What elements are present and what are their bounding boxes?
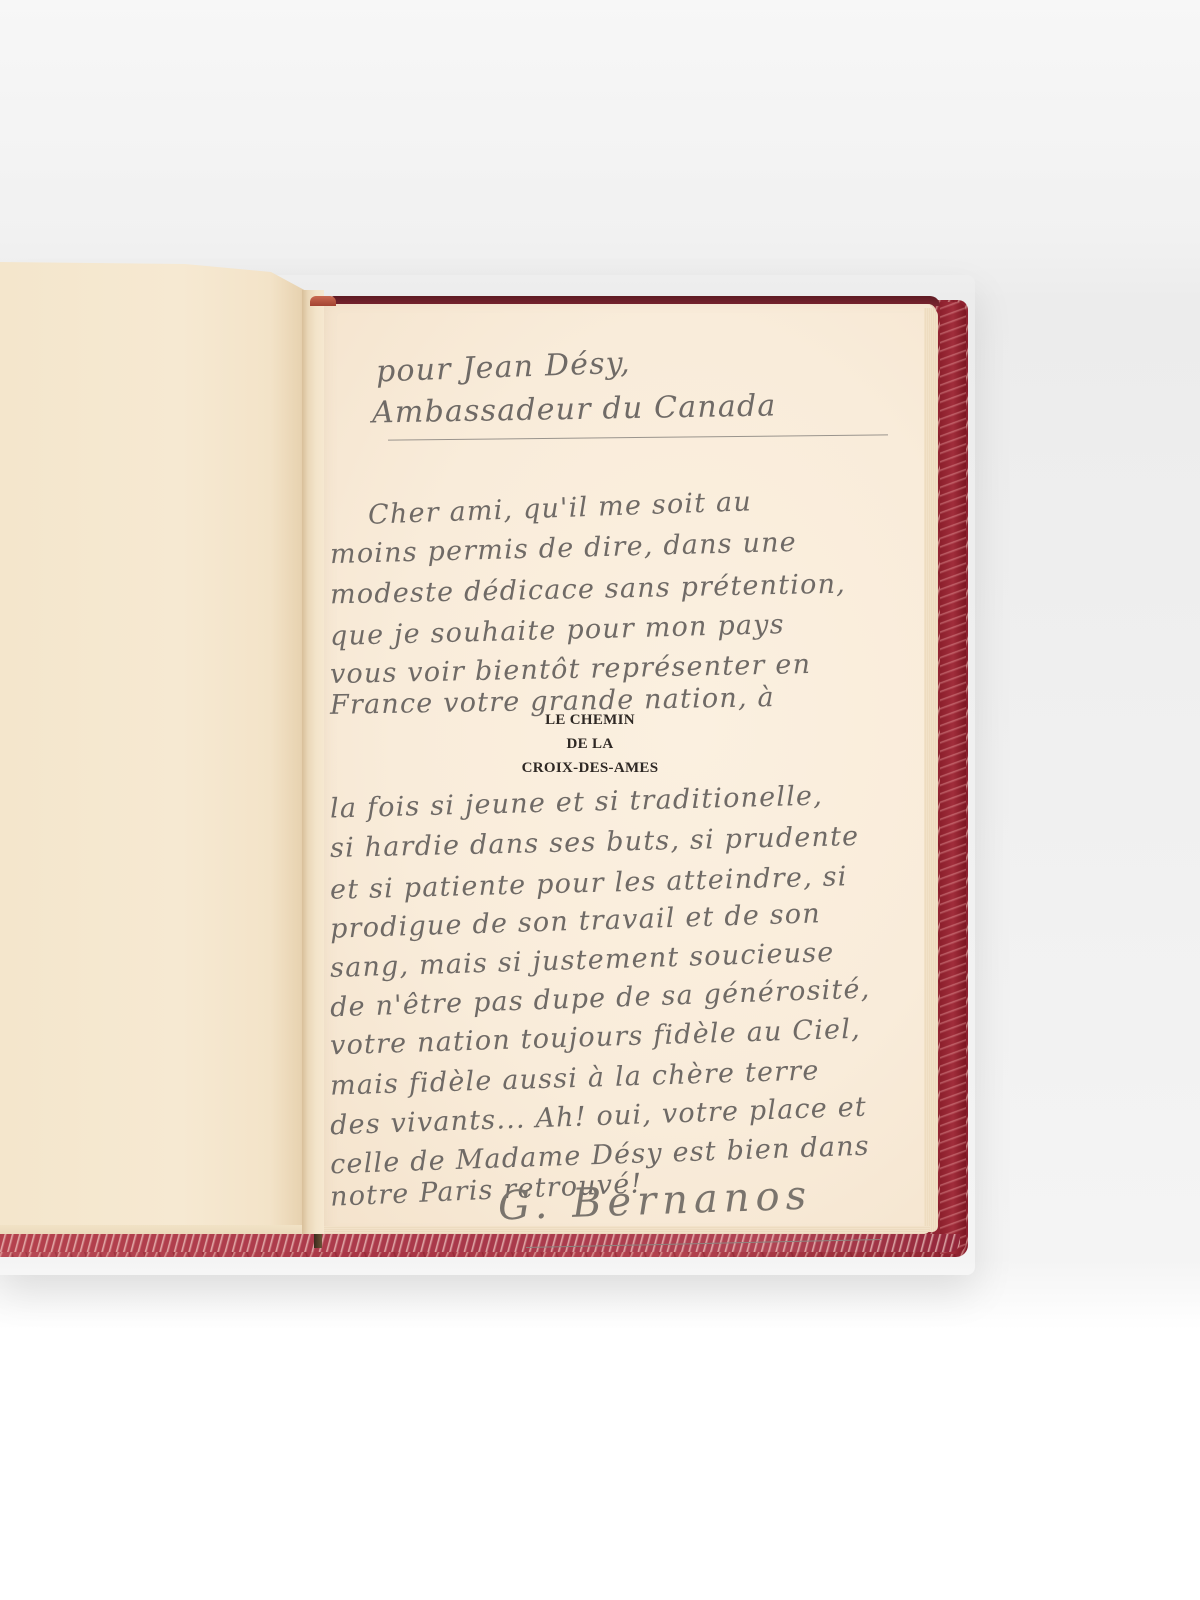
- printed-half-title: LE CHEMIN DE LA CROIX-DES-AMES: [440, 708, 740, 780]
- right-page-fore-edge: [924, 308, 938, 1232]
- cover-bottom-edge: [0, 1234, 960, 1252]
- ribbon-marker: [314, 1234, 322, 1248]
- headband: [310, 296, 336, 306]
- printed-title-line: LE CHEMIN: [440, 708, 740, 732]
- right-page-bottom-edge: [314, 1226, 930, 1234]
- book-gutter: [302, 290, 324, 1238]
- printed-title-line: DE LA: [440, 732, 740, 756]
- printed-title-line: CROIX-DES-AMES: [440, 756, 740, 780]
- inscription-salutation-line: Ambassadeur du Canada: [372, 388, 777, 430]
- left-page: [0, 262, 308, 1235]
- cover-fore-edge: [940, 302, 966, 1254]
